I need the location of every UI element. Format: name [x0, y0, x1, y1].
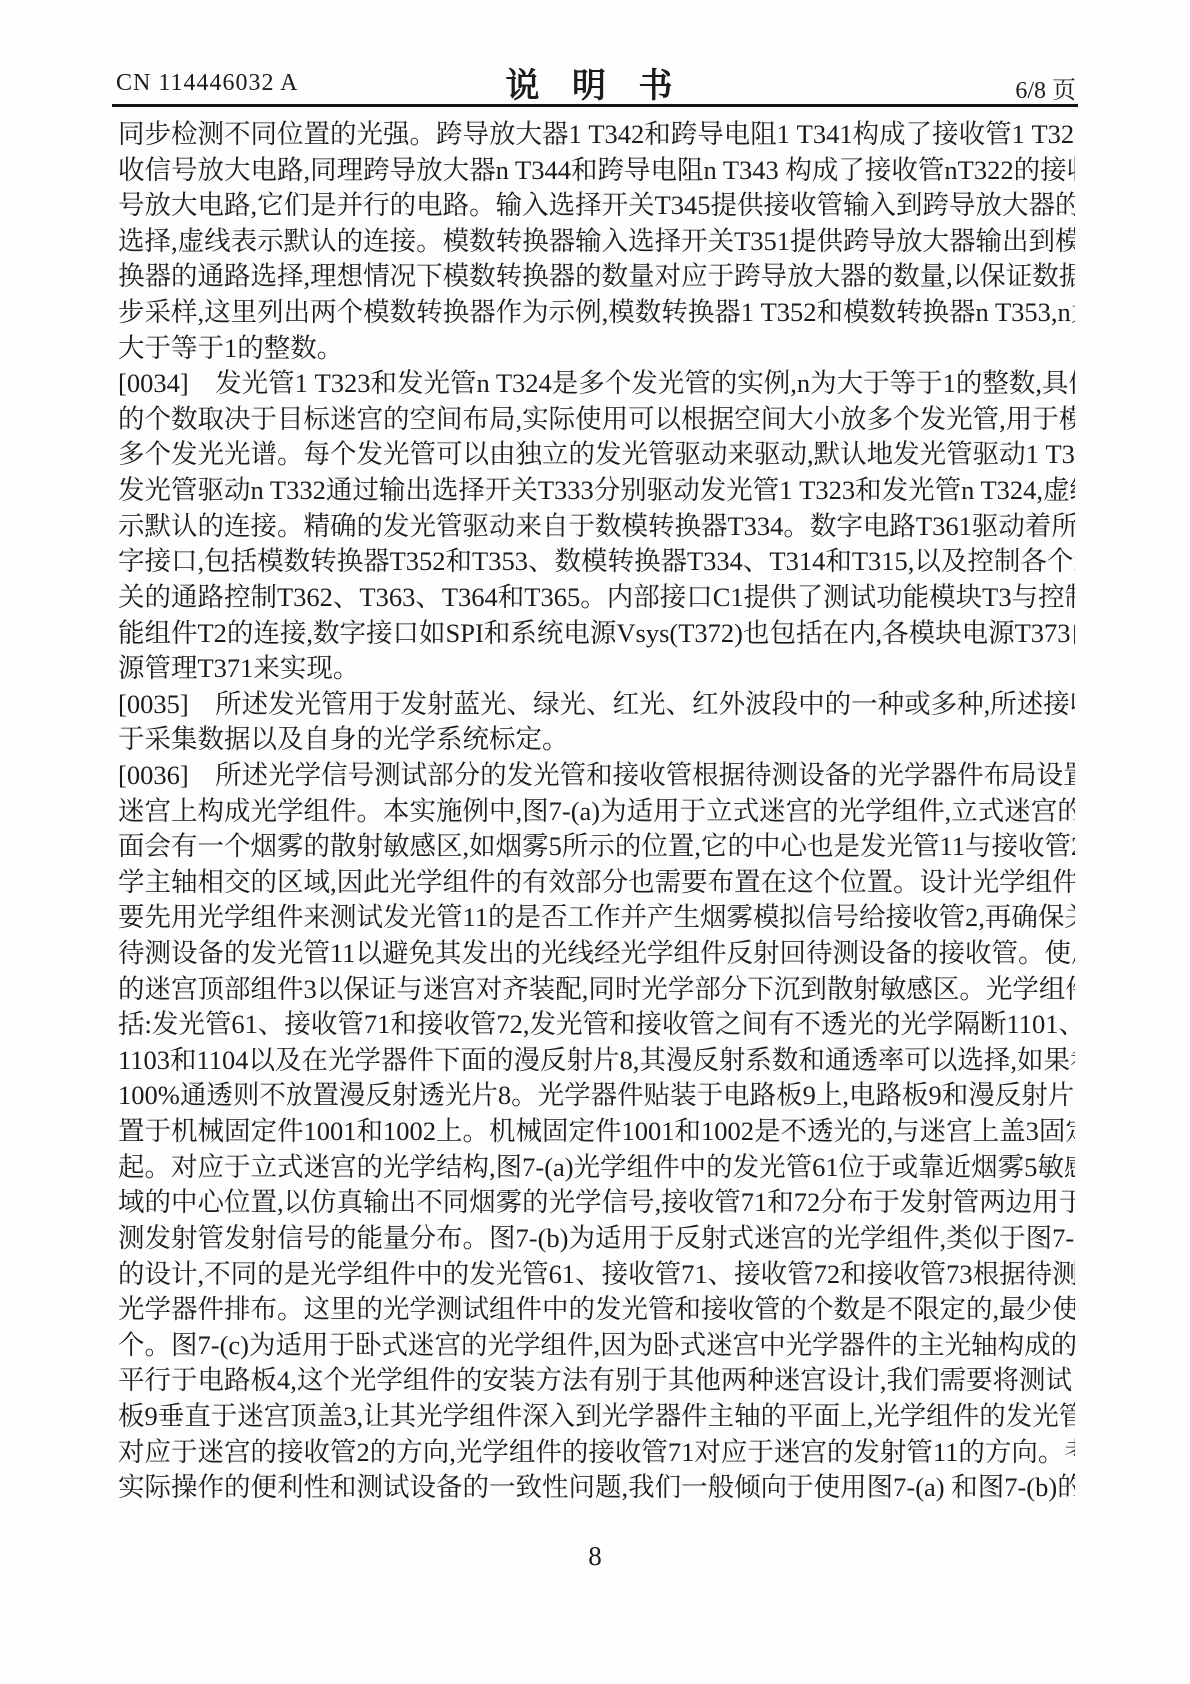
text-line: 测发射管发射信号的能量分布。图7-(b)为适用于反射式迷宫的光学组件,类似于图7…: [118, 1221, 1075, 1257]
sheet-indicator: 6/8 页: [1015, 70, 1076, 105]
text-line: 收信号放大电路,同理跨导放大器n T344和跨导电阻n T343 构成了接收管n…: [118, 153, 1075, 189]
text-line: 选择,虚线表示默认的连接。模数转换器输入选择开关T351提供跨导放大器输出到模数…: [118, 224, 1075, 260]
text-line: 字接口,包括模数转换器T352和T353、数模转换器T334、T314和T315…: [118, 544, 1075, 580]
body-text: 同步检测不同位置的光强。跨导放大器1 T342和跨导电阻1 T341构成了接收管…: [118, 117, 1075, 1506]
text-line: 迷宫上构成光学组件。本实施例中,图7-(a)为适用于立式迷宫的光学组件,立式迷宫…: [118, 794, 1075, 830]
text-line: 1103和1104以及在光学器件下面的漫反射片8,其漫反射系数和通透率可以选择,…: [118, 1043, 1075, 1079]
text-line: 的个数取决于目标迷宫的空间布局,实际使用可以根据空间大小放多个发光管,用于模拟: [118, 402, 1075, 438]
footer-page-number: 8: [0, 1541, 1190, 1572]
text-line: 个。图7-(c)为适用于卧式迷宫的光学组件,因为卧式迷宫中光学器件的主光轴构成的…: [118, 1328, 1075, 1364]
patent-specification-page: CN 114446032 A 说 明 书 6/8 页 同步检测不同位置的光强。跨…: [0, 0, 1190, 1684]
text-line: 括:发光管61、接收管71和接收管72,发光管和接收管之间有不透光的光学隔断11…: [118, 1007, 1075, 1043]
header-divider: [112, 104, 1078, 107]
text-line: 换器的通路选择,理想情况下模数转换器的数量对应于跨导放大器的数量,以保证数据同: [118, 259, 1075, 295]
text-line: 于采集数据以及自身的光学系统标定。: [118, 722, 1075, 758]
text-line: [0035] 所述发光管用于发射蓝光、绿光、红光、红外波段中的一种或多种,所述接…: [118, 687, 1075, 723]
text-line: [0034] 发光管1 T323和发光管n T324是多个发光管的实例,n为大于…: [118, 366, 1075, 402]
text-line: 光学器件排布。这里的光学测试组件中的发光管和接收管的个数是不限定的,最少使用一: [118, 1292, 1075, 1328]
text-line: 步采样,这里列出两个模数转换器作为示例,模数转换器1 T352和模数转换器n T…: [118, 295, 1075, 331]
text-line: 的迷宫顶部组件3以保证与迷宫对齐装配,同时光学部分下沉到散射敏感区。光学组件包: [118, 972, 1075, 1008]
page-title: 说 明 书: [0, 58, 1190, 107]
text-line: 100%通透则不放置漫反射透光片8。光学器件贴装于电路板9上,电路板9和漫反射片…: [118, 1078, 1075, 1114]
text-line: 板9垂直于迷宫顶盖3,让其光学组件深入到光学器件主轴的平面上,光学组件的发光管6…: [118, 1399, 1075, 1435]
text-line: 学主轴相交的区域,因此光学组件的有效部分也需要布置在这个位置。设计光学组件时需: [118, 865, 1075, 901]
text-line: 面会有一个烟雾的散射敏感区,如烟雾5所示的位置,它的中心也是发光管11与接收管2…: [118, 829, 1075, 865]
text-line: [0036] 所述光学信号测试部分的发光管和接收管根据待测设备的光学器件布局设置…: [118, 758, 1075, 794]
text-line: 起。对应于立式迷宫的光学结构,图7-(a)光学组件中的发光管61位于或靠近烟雾5…: [118, 1150, 1075, 1186]
text-line: 号放大电路,它们是并行的电路。输入选择开关T345提供接收管输入到跨导放大器的通…: [118, 188, 1075, 224]
text-line: 实际操作的便利性和测试设备的一致性问题,我们一般倾向于使用图7-(a) 和图7-…: [118, 1470, 1075, 1506]
text-line: 发光管驱动n T332通过输出选择开关T333分别驱动发光管1 T323和发光管…: [118, 473, 1075, 509]
text-line: 待测设备的发光管11以避免其发出的光线经光学组件反射回待测设备的接收管。使用类似: [118, 936, 1075, 972]
text-line: 要先用光学组件来测试发光管11的是否工作并产生烟雾模拟信号给接收管2,再确保关掉: [118, 900, 1075, 936]
text-line: 置于机械固定件1001和1002上。机械固定件1001和1002是不透光的,与迷…: [118, 1114, 1075, 1150]
text-line: 示默认的连接。精确的发光管驱动来自于数模转换器T334。数字电路T361驱动着所…: [118, 509, 1075, 545]
text-line: 大于等于1的整数。: [118, 331, 1075, 367]
text-line: 平行于电路板4,这个光学组件的安装方法有别于其他两种迷宫设计,我们需要将测试电路: [118, 1363, 1075, 1399]
text-line: 能组件T2的连接,数字接口如SPI和系统电源Vsys(T372)也包括在内,各模…: [118, 616, 1075, 652]
text-line: 同步检测不同位置的光强。跨导放大器1 T342和跨导电阻1 T341构成了接收管…: [118, 117, 1075, 153]
text-line: 源管理T371来实现。: [118, 651, 1075, 687]
text-line: 多个发光光谱。每个发光管可以由独立的发光管驱动来驱动,默认地发光管驱动1 T33…: [118, 437, 1075, 473]
text-line: 的设计,不同的是光学组件中的发光管61、接收管71、接收管72和接收管73根据待…: [118, 1257, 1075, 1293]
text-line: 域的中心位置,以仿真输出不同烟雾的光学信号,接收管71和72分布于发射管两边用于…: [118, 1185, 1075, 1221]
text-line: 对应于迷宫的接收管2的方向,光学组件的接收管71对应于迷宫的发射管11的方向。考…: [118, 1435, 1075, 1471]
text-line: 关的通路控制T362、T363、T364和T365。内部接口C1提供了测试功能模…: [118, 580, 1075, 616]
